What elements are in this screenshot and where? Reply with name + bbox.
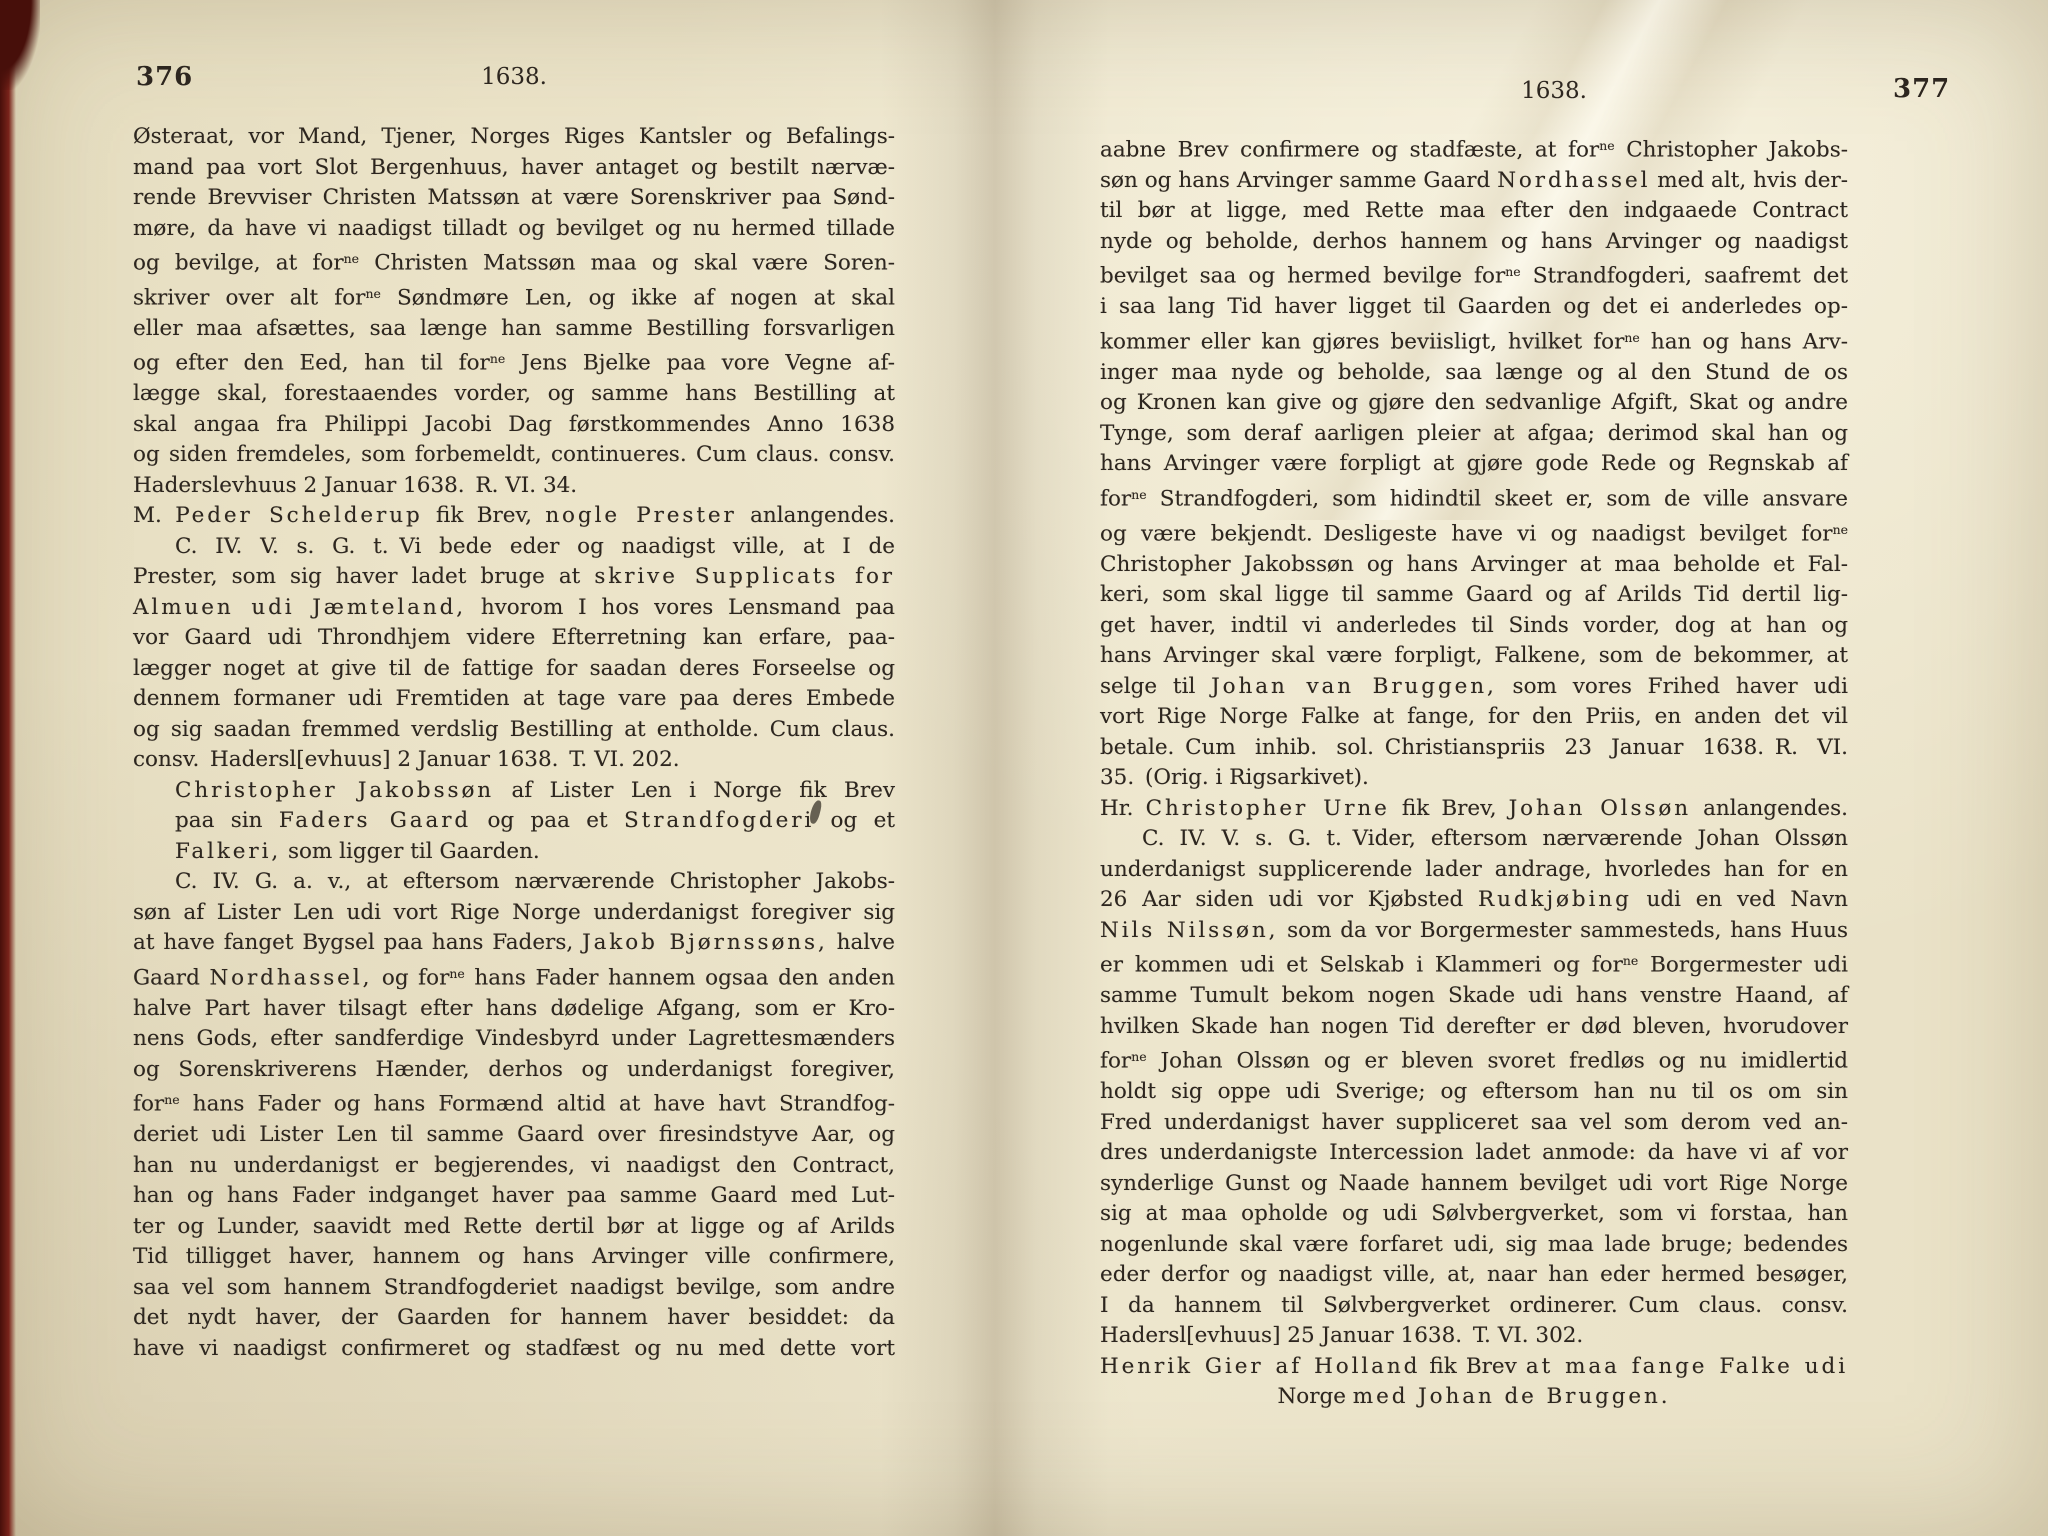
letterspaced-name: Christopher Jakobssøn: [175, 778, 494, 803]
text-segment: bevilget saa og hermed bevilge for: [1100, 264, 1505, 289]
text-segment: I da hannem til Sølvbergverket ordinerer…: [1100, 1293, 1848, 1318]
text-segment: Strandfogderi, saafremt det: [1521, 264, 1848, 289]
text-segment: og bevilge, at for: [133, 250, 344, 275]
text-segment: Tid tilligget haver, hannem og hans Arvi…: [133, 1244, 895, 1269]
text-line: og Kronen kan give og gjøre den sedvanli…: [1100, 388, 1848, 419]
text-line: rende Brevviser Christen Matssøn at være…: [133, 183, 895, 214]
text-line: eller maa afsættes, saa længe han samme …: [133, 314, 895, 345]
text-line: han og hans Fader indganget haver paa sa…: [133, 1181, 895, 1212]
text-line: Gaard Nordhassel, og forne hans Fader ha…: [133, 959, 895, 994]
text-segment: dres underdanigste Intercession ladet an…: [1100, 1140, 1848, 1165]
text-segment: eder derfor og naadigst ville, at, naar …: [1100, 1262, 1848, 1287]
text-line: ter og Lunder, saavidt med Rette dertil …: [133, 1212, 895, 1243]
text-segment: Tynge, som deraf aarligen pleier at afga…: [1100, 421, 1848, 446]
letterspaced-name: Peder Schelderup: [175, 503, 422, 528]
text-segment: anlangendes.: [737, 503, 895, 528]
text-line: hans Arvinger være forpligt at gjøre god…: [1100, 449, 1848, 480]
text-segment: og Kronen kan give og gjøre den sedvanli…: [1100, 390, 1848, 415]
text-segment: selge til: [1100, 674, 1211, 699]
text-segment: Hr.: [1100, 796, 1146, 821]
text-line: nogenlunde skal være forfaret udi, sig m…: [1100, 1230, 1848, 1261]
letterspaced-name: Johan van Bruggen,: [1211, 674, 1497, 699]
letterspaced-name: Nordhassel: [1497, 168, 1650, 193]
text-segment: 26 Aar siden udi vor Kjøbsted: [1100, 887, 1478, 912]
text-line: 35. (Orig. i Rigsarkivet).: [1100, 763, 1848, 794]
text-segment: Jens Bjelke paa vore Vegne af-: [505, 351, 895, 376]
text-segment: rende Brevviser Christen Matssøn at være…: [133, 185, 895, 210]
left-running-head: 1638.: [133, 64, 895, 90]
text-segment: vor Gaard udi Throndhjem videre Efterret…: [133, 625, 895, 650]
letterspaced-name: Jakob Bjørnssøns,: [582, 930, 828, 955]
text-segment: keri, som skal ligge til samme Gaard og …: [1100, 582, 1848, 607]
text-line: søn af Lister Len udi vort Rige Norge un…: [133, 898, 895, 929]
text-segment: Johan Olssøn og er bleven svoret fredløs…: [1147, 1049, 1848, 1074]
text-line: keri, som skal ligge til samme Gaard og …: [1100, 580, 1848, 611]
text-line: forne Strandfogderi, som hidindtil skeet…: [1100, 480, 1848, 515]
right-running-head: 1638.: [1180, 78, 1928, 104]
text-segment: han nu underdanigst er begjerendes, vi n…: [133, 1153, 895, 1178]
text-line: betale. Cum inhib. sol. Christianspriis …: [1100, 733, 1848, 764]
superscript-abbreviation: ne: [1624, 330, 1639, 345]
text-segment: Prester, som sig haver ladet bruge at: [133, 564, 594, 589]
text-line: forne Johan Olssøn og er bleven svoret f…: [1100, 1042, 1848, 1077]
text-segment: Strandfogderi, som hidindtil skeet er, s…: [1147, 486, 1848, 511]
text-line: hans Arvinger skal være forpligt, Falken…: [1100, 641, 1848, 672]
superscript-abbreviation: ne: [1599, 138, 1614, 153]
text-segment: Christopher Jakobssøn og hans Arvinger a…: [1100, 552, 1848, 577]
text-line: C. IV. V. s. G. t. Vider, eftersom nærvæ…: [1100, 824, 1848, 855]
text-segment: Søndmøre Len, og ikke af nogen at skal: [381, 285, 895, 310]
text-segment: halve Part haver tilsagt efter hans døde…: [133, 996, 895, 1021]
text-line: og bevilge, at forne Christen Matssøn ma…: [133, 244, 895, 279]
text-segment: Borgermester udi: [1638, 953, 1848, 978]
text-line: og siden fremdeles, som forbemeldt, cont…: [133, 440, 895, 471]
entry-heading: Hr. Christopher Urne fik Brev, Johan Ols…: [1100, 794, 1848, 825]
text-segment: søn og hans Arvinger samme Gaard: [1100, 168, 1497, 193]
text-segment: halve: [828, 930, 895, 955]
text-line: forne hans Fader og hans Formænd altid a…: [133, 1085, 895, 1120]
text-segment: nogenlunde skal være forfaret udi, sig m…: [1100, 1232, 1848, 1257]
text-line: søn og hans Arvinger samme Gaard Nordhas…: [1100, 166, 1848, 197]
text-segment: og paa et: [471, 808, 624, 833]
text-line: Christopher Jakobssøn af Lister Len i No…: [133, 776, 895, 807]
text-line: lægger noget at give til de fattige for …: [133, 654, 895, 685]
text-segment: af Lister Len i Norge fik Brev: [494, 778, 895, 803]
text-line: Hadersl[evhuus] 25 Januar 1638. T. VI. 3…: [1100, 1321, 1848, 1352]
superscript-abbreviation: ne: [1505, 264, 1520, 279]
text-segment: fik Brev: [1420, 1354, 1526, 1379]
text-segment: lægger noget at give til de fattige for …: [133, 656, 895, 681]
text-line: i saa lang Tid haver ligget til Gaarden …: [1100, 292, 1848, 323]
text-line: eder derfor og naadigst ville, at, naar …: [1100, 1260, 1848, 1291]
text-line: kommer eller kan gjøres beviisligt, hvil…: [1100, 323, 1848, 358]
text-segment: for: [1100, 1049, 1131, 1074]
text-line: lægge skal, forestaaendes vorder, og sam…: [133, 379, 895, 410]
superscript-abbreviation: ne: [344, 251, 359, 266]
text-segment: C. IV. G. a. v., at eftersom nærværende …: [175, 869, 895, 894]
text-line: at have fanget Bygsel paa hans Faders, J…: [133, 928, 895, 959]
letterspaced-name: Nils Nilssøn,: [1100, 918, 1278, 943]
text-segment: er kommen udi et Selskab i Klammeri og f…: [1100, 953, 1623, 978]
text-segment: Østeraat, vor Mand, Tjener, Norges Riges…: [133, 124, 895, 149]
text-line: halve Part haver tilsagt efter hans døde…: [133, 994, 895, 1025]
text-segment: og være bekjendt. Desligeste have vi og …: [1100, 521, 1833, 546]
text-segment: sig at maa opholde og udi Sølvbergverket…: [1100, 1201, 1848, 1226]
text-segment: Fred underdanigst haver suppliceret saa …: [1100, 1110, 1848, 1135]
superscript-abbreviation: ne: [1833, 522, 1848, 537]
text-segment: dennem formaner udi Fremtiden at tage va…: [133, 686, 895, 711]
text-line: Henrik Gier af Holland fik Brev at maa f…: [1100, 1352, 1848, 1383]
text-line: nens Gods, efter sandferdige Vindesbyrd …: [133, 1024, 895, 1055]
text-segment: paa sin: [175, 808, 279, 833]
text-line: til bør at ligge, med Rette maa efter de…: [1100, 196, 1848, 227]
text-segment: kommer eller kan gjøres beviisligt, hvil…: [1100, 329, 1624, 354]
text-segment: og et: [814, 808, 895, 833]
entry-heading: Christopher Jakobssøn af Lister Len i No…: [133, 776, 895, 868]
superscript-abbreviation: ne: [449, 966, 464, 981]
text-line: Tid tilligget haver, hannem og hans Arvi…: [133, 1242, 895, 1273]
text-line: og efter den Eed, han til forne Jens Bje…: [133, 344, 895, 379]
text-line: Tynge, som deraf aarligen pleier at afga…: [1100, 419, 1848, 450]
text-segment: fik Brev,: [1390, 796, 1509, 821]
text-segment: og sig saadan fremmed verdslig Bestillin…: [133, 717, 895, 742]
text-segment: Gaard: [133, 965, 209, 990]
text-segment: underdanigst supplicerende lader andrage…: [1100, 857, 1848, 882]
body-paragraph: C. IV. V. s. G. t. Vi bede eder og naadi…: [133, 532, 895, 776]
text-line: mand paa vort Slot Bergenhuus, haver ant…: [133, 153, 895, 184]
text-segment: og for: [372, 965, 449, 990]
text-segment: skriver over alt for: [133, 285, 365, 310]
text-line: Almuen udi Jæmteland, hvorom I hos vores…: [133, 593, 895, 624]
text-segment: udi en ved Navn: [1632, 887, 1848, 912]
text-line: samme Tumult bekom nogen Skade udi hans …: [1100, 981, 1848, 1012]
text-line: underdanigst supplicerende lader andrage…: [1100, 855, 1848, 886]
text-segment: som ligger til Gaarden.: [281, 839, 540, 864]
text-segment: hvorom I hos vores Lensmand paa: [466, 595, 895, 620]
body-paragraph: C. IV. V. s. G. t. Vider, eftersom nærvæ…: [1100, 824, 1848, 1351]
book-scan-spread: 376 1638. 1638. 377 Østeraat, vor Mand, …: [0, 0, 2048, 1536]
text-segment: for: [133, 1092, 164, 1117]
text-segment: hans Fader og hans Formænd altid at have…: [180, 1092, 895, 1117]
text-segment: C. IV. V. s. G. t. Vi bede eder og naadi…: [175, 534, 895, 559]
letterspaced-name: nogle Prester: [545, 503, 736, 528]
text-segment: det nydt haver, der Gaarden for hannem h…: [133, 1305, 895, 1330]
text-line: C. IV. V. s. G. t. Vi bede eder og naadi…: [133, 532, 895, 563]
text-segment: aabne Brev confirmere og stadfæste, at f…: [1100, 137, 1599, 162]
text-segment: lægge skal, forestaaendes vorder, og sam…: [133, 381, 895, 406]
letterspaced-name: med Johan de Bruggen.: [1353, 1384, 1671, 1409]
text-segment: at have fanget Bygsel paa hans Faders,: [133, 930, 582, 955]
entry-heading: M. Peder Schelderup fik Brev, nogle Pres…: [133, 501, 895, 532]
text-line: skriver over alt forne Søndmøre Len, og …: [133, 279, 895, 314]
letterspaced-name: Henrik Gier af Holland: [1100, 1354, 1420, 1379]
text-segment: nyde og beholde, derhos hannem og hans A…: [1100, 229, 1848, 254]
text-line: get haver, indtil vi anderledes til Sind…: [1100, 611, 1848, 642]
text-line: C. IV. G. a. v., at eftersom nærværende …: [133, 867, 895, 898]
text-segment: ter og Lunder, saavidt med Rette dertil …: [133, 1214, 895, 1239]
text-line: synderlige Gunst og Naade hannem bevilge…: [1100, 1169, 1848, 1200]
text-segment: consv. Hadersl[evhuus] 2 Januar 1638. T.…: [133, 747, 680, 772]
text-segment: Christopher Jakobs-: [1615, 137, 1848, 162]
text-line: Haderslevhuus 2 Januar 1638. R. VI. 34.: [133, 471, 895, 502]
text-line: og Sorenskriverens Hænder, derhos og und…: [133, 1055, 895, 1086]
text-line: 26 Aar siden udi vor Kjøbsted Rudkjøbing…: [1100, 885, 1848, 916]
text-line: dennem formaner udi Fremtiden at tage va…: [133, 684, 895, 715]
text-line: consv. Hadersl[evhuus] 2 Januar 1638. T.…: [133, 745, 895, 776]
text-line: hvilken Skade han nogen Tid derefter er …: [1100, 1012, 1848, 1043]
text-segment: hans Arvinger være forpligt at gjøre god…: [1100, 451, 1848, 476]
text-segment: betale. Cum inhib. sol. Christianspriis …: [1100, 735, 1848, 760]
text-segment: og Sorenskriverens Hænder, derhos og und…: [133, 1057, 895, 1082]
letterspaced-name: Nordhassel,: [209, 965, 372, 990]
text-segment: deriet udi Lister Len til samme Gaard ov…: [133, 1122, 895, 1147]
text-line: dres underdanigste Intercession ladet an…: [1100, 1138, 1848, 1169]
text-line: Fred underdanigst haver suppliceret saa …: [1100, 1108, 1848, 1139]
text-segment: Norge: [1277, 1384, 1352, 1409]
text-line: og sig saadan fremmed verdslig Bestillin…: [133, 715, 895, 746]
text-segment: han og hans Fader indganget haver paa sa…: [133, 1183, 895, 1208]
superscript-abbreviation: ne: [490, 351, 505, 366]
text-segment: samme Tumult bekom nogen Skade udi hans …: [1100, 983, 1848, 1008]
text-line: Nils Nilssøn, som da vor Borgermester sa…: [1100, 916, 1848, 947]
text-segment: Hadersl[evhuus] 25 Januar 1638. T. VI. 3…: [1100, 1323, 1583, 1348]
text-segment: hvilken Skade han nogen Tid derefter er …: [1100, 1014, 1848, 1039]
text-segment: og siden fremdeles, som forbemeldt, cont…: [133, 442, 895, 467]
text-segment: holdt sig oppe udi Sverige; og eftersom …: [1100, 1079, 1848, 1104]
text-segment: fik Brev,: [423, 503, 546, 528]
text-line: Hr. Christopher Urne fik Brev, Johan Ols…: [1100, 794, 1848, 825]
letterspaced-name: Almuen udi Jæmteland,: [133, 595, 466, 620]
letterspaced-name: skrive Supplicats for: [594, 564, 895, 589]
text-line: Prester, som sig haver ladet bruge at sk…: [133, 562, 895, 593]
text-line: have vi naadigst confirmeret og stadfæst…: [133, 1334, 895, 1365]
text-segment: som vores Frihed haver udi: [1497, 674, 1848, 699]
body-paragraph: aabne Brev confirmere og stadfæste, at f…: [1100, 131, 1848, 794]
letterspaced-name: Falkeri,: [175, 839, 281, 864]
text-segment: mand paa vort Slot Bergenhuus, haver ant…: [133, 155, 895, 180]
body-paragraph: Østeraat, vor Mand, Tjener, Norges Riges…: [133, 122, 895, 501]
text-segment: have vi naadigst confirmeret og stadfæst…: [133, 1336, 895, 1361]
text-segment: hans Arvinger skal være forpligt, Falken…: [1100, 643, 1848, 668]
letterspaced-name: Faders Gaard: [279, 808, 471, 833]
text-segment: og efter den Eed, han til for: [133, 351, 490, 376]
text-line: det nydt haver, der Gaarden for hannem h…: [133, 1303, 895, 1334]
text-line: Østeraat, vor Mand, Tjener, Norges Riges…: [133, 122, 895, 153]
text-line: sig at maa opholde og udi Sølvbergverket…: [1100, 1199, 1848, 1230]
text-line: inger maa nyde og beholde, saa længe og …: [1100, 358, 1848, 389]
text-segment: for: [1100, 486, 1131, 511]
text-line: er kommen udi et Selskab i Klammeri og f…: [1100, 946, 1848, 981]
letterspaced-name: Strandfogderi: [624, 808, 814, 833]
text-line: bevilget saa og hermed bevilge forne Str…: [1100, 257, 1848, 292]
left-page-text-column: Østeraat, vor Mand, Tjener, Norges Riges…: [133, 122, 895, 1364]
text-line: nyde og beholde, derhos hannem og hans A…: [1100, 227, 1848, 258]
text-line: paa sin Faders Gaard og paa et Strandfog…: [133, 806, 895, 837]
text-segment: vort Rige Norge Falke at fange, for den …: [1100, 704, 1848, 729]
text-line: saa vel som hannem Strandfogderiet naadi…: [133, 1273, 895, 1304]
text-segment: i saa lang Tid haver ligget til Gaarden …: [1100, 294, 1848, 319]
book-spine-corner: [0, 0, 40, 90]
letterspaced-name: Rudkjøbing: [1478, 887, 1632, 912]
text-segment: synderlige Gunst og Naade hannem bevilge…: [1100, 1171, 1848, 1196]
text-line: Falkeri, som ligger til Gaarden.: [133, 837, 895, 868]
text-line: deriet udi Lister Len til samme Gaard ov…: [133, 1120, 895, 1151]
text-segment: inger maa nyde og beholde, saa længe og …: [1100, 360, 1848, 385]
text-segment: saa vel som hannem Strandfogderiet naadi…: [133, 1275, 895, 1300]
text-line: skal angaa fra Philippi Jacobi Dag først…: [133, 410, 895, 441]
text-segment: get haver, indtil vi anderledes til Sind…: [1100, 613, 1848, 638]
text-line: aabne Brev confirmere og stadfæste, at f…: [1100, 131, 1848, 166]
text-segment: med alt, hvis der-: [1650, 168, 1848, 193]
text-segment: møre, da have vi naadigst tilladt og bev…: [133, 216, 895, 241]
text-line: holdt sig oppe udi Sverige; og eftersom …: [1100, 1077, 1848, 1108]
text-segment: M.: [133, 503, 175, 528]
text-segment: Christen Matssøn maa og skal være Soren-: [359, 250, 895, 275]
text-segment: 35. (Orig. i Rigsarkivet).: [1100, 765, 1369, 790]
letterspaced-name: at maa fange Falke udi: [1526, 1354, 1848, 1379]
text-segment: C. IV. V. s. G. t. Vider, eftersom nærvæ…: [1142, 826, 1848, 851]
superscript-abbreviation: ne: [1131, 1049, 1146, 1064]
superscript-abbreviation: ne: [164, 1092, 179, 1107]
superscript-abbreviation: ne: [1131, 487, 1146, 502]
letterspaced-name: Johan Olssøn: [1509, 796, 1691, 821]
text-line: han nu underdanigst er begjerendes, vi n…: [133, 1151, 895, 1182]
text-line: møre, da have vi naadigst tilladt og bev…: [133, 214, 895, 245]
book-spine-edge: [0, 0, 16, 1536]
text-line: vor Gaard udi Throndhjem videre Efterret…: [133, 623, 895, 654]
text-line: Norge med Johan de Bruggen.: [1100, 1382, 1848, 1413]
text-line: Christopher Jakobssøn og hans Arvinger a…: [1100, 550, 1848, 581]
text-line: og være bekjendt. Desligeste have vi og …: [1100, 515, 1848, 550]
text-segment: som da vor Borgermester sammesteds, hans…: [1278, 918, 1848, 943]
text-segment: skal angaa fra Philippi Jacobi Dag først…: [133, 412, 895, 437]
text-line: M. Peder Schelderup fik Brev, nogle Pres…: [133, 501, 895, 532]
right-page-text-column: aabne Brev confirmere og stadfæste, at f…: [1100, 131, 1848, 1413]
text-segment: eller maa afsættes, saa længe han samme …: [133, 316, 895, 341]
letterspaced-name: Christopher Urne: [1146, 796, 1390, 821]
text-segment: han og hans Arv-: [1640, 329, 1848, 354]
text-segment: anlangendes.: [1691, 796, 1848, 821]
entry-heading: Henrik Gier af Holland fik Brev at maa f…: [1100, 1352, 1848, 1413]
text-segment: søn af Lister Len udi vort Rige Norge un…: [133, 900, 895, 925]
text-line: vort Rige Norge Falke at fange, for den …: [1100, 702, 1848, 733]
text-segment: til bør at ligge, med Rette maa efter de…: [1100, 198, 1848, 223]
text-segment: nens Gods, efter sandferdige Vindesbyrd …: [133, 1026, 895, 1051]
text-line: selge til Johan van Bruggen, som vores F…: [1100, 672, 1848, 703]
page-gutter-shadow: [880, 0, 1110, 1536]
superscript-abbreviation: ne: [365, 286, 380, 301]
text-segment: hans Fader hannem ogsaa den anden: [465, 965, 895, 990]
right-page-number: 377: [1893, 74, 1950, 104]
superscript-abbreviation: ne: [1623, 953, 1638, 968]
body-paragraph: C. IV. G. a. v., at eftersom nærværende …: [133, 867, 895, 1364]
text-segment: Haderslevhuus 2 Januar 1638. R. VI. 34.: [133, 473, 577, 498]
text-line: I da hannem til Sølvbergverket ordinerer…: [1100, 1291, 1848, 1322]
